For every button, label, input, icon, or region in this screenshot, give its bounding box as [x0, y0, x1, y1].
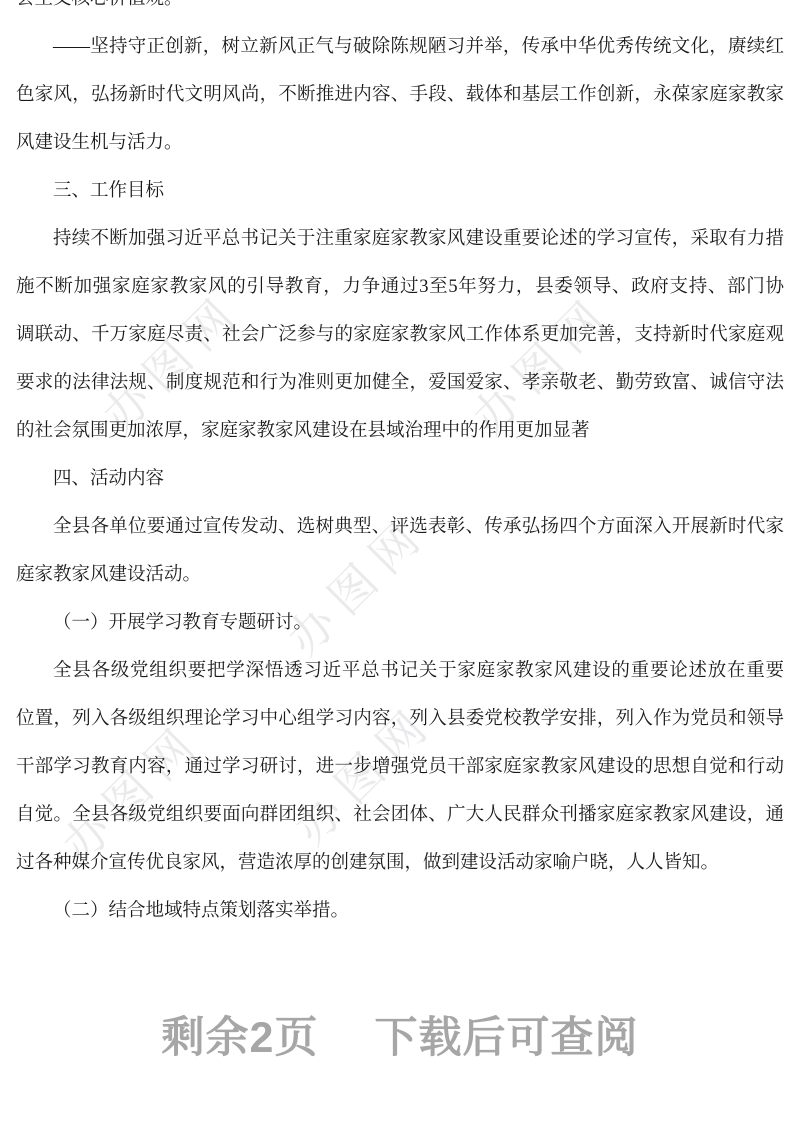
- document-text: 会主义核心价值观。——坚持守正创新，树立新风正气与破除陈规陋习并举，传承中华优秀…: [16, 0, 784, 935]
- text-line: 三、工作目标: [16, 167, 784, 215]
- text-line: （一）开展学习教育专题研讨。: [16, 599, 784, 647]
- text-line: 全县各级党组织要把学深悟透习近平总书记关于家庭家教家风建设的重要论述放在重要: [16, 647, 784, 695]
- text-line: 过各种媒介宣传优良家风，营造浓厚的创建氛围，做到建设活动家喻户晓，人人皆知。: [16, 839, 784, 887]
- text-line: 全县各单位要通过宣传发动、选树典型、评选表彰、传承弘扬四个方面深入开展新时代家: [16, 503, 784, 551]
- text-line: 自觉。全县各级党组织要面向群团组织、社会团体、广大人民群众刊播家庭家教家风建设，…: [16, 791, 784, 839]
- text-line: 会主义核心价值观。: [16, 0, 784, 23]
- text-line: 施不断加强家庭家教家风的引导教育，力争通过3至5年努力，县委领导、政府支持、部门…: [16, 263, 784, 311]
- text-line: 干部学习教育内容，通过学习研讨，进一步增强党员干部家庭家教家风建设的思想自觉和行…: [16, 743, 784, 791]
- text-line: （二）结合地域特点策划落实举措。: [16, 887, 784, 935]
- text-line: 调联动、千万家庭尽责、社会广泛参与的家庭家教家风工作体系更加完善，支持新时代家庭…: [16, 311, 784, 359]
- preview-footer-overlay: 剩余2页 下载后可查阅: [0, 1014, 800, 1062]
- text-line: 色家风，弘扬新时代文明风尚，不断推进内容、手段、载体和基层工作创新，永葆家庭家教…: [16, 71, 784, 119]
- document-preview-page: 办图网办图网办图网办图网办图网 会主义核心价值观。——坚持守正创新，树立新风正气…: [0, 0, 800, 1125]
- text-line: 持续不断加强习近平总书记关于注重家庭家教家风建设重要论述的学习宣传，采取有力措: [16, 215, 784, 263]
- download-to-view-label: 下载后可查阅: [374, 1014, 638, 1062]
- text-line: 庭家教家风建设活动。: [16, 551, 784, 599]
- text-line: 四、活动内容: [16, 455, 784, 503]
- text-line: 位置，列入各级组织理论学习中心组学习内容，列入县委党校教学安排，列入作为党员和领…: [16, 695, 784, 743]
- text-line: 的社会氛围更加浓厚，家庭家教家风建设在县域治理中的作用更加显著: [16, 407, 784, 455]
- text-line: 要求的法律法规、制度规范和行为准则更加健全，爱国爱家、孝亲敬老、勤劳致富、诚信守…: [16, 359, 784, 407]
- text-line: ——坚持守正创新，树立新风正气与破除陈规陋习并举，传承中华优秀传统文化，赓续红: [16, 23, 784, 71]
- remaining-pages-label: 剩余2页: [162, 1014, 319, 1062]
- text-line: 风建设生机与活力。: [16, 119, 784, 167]
